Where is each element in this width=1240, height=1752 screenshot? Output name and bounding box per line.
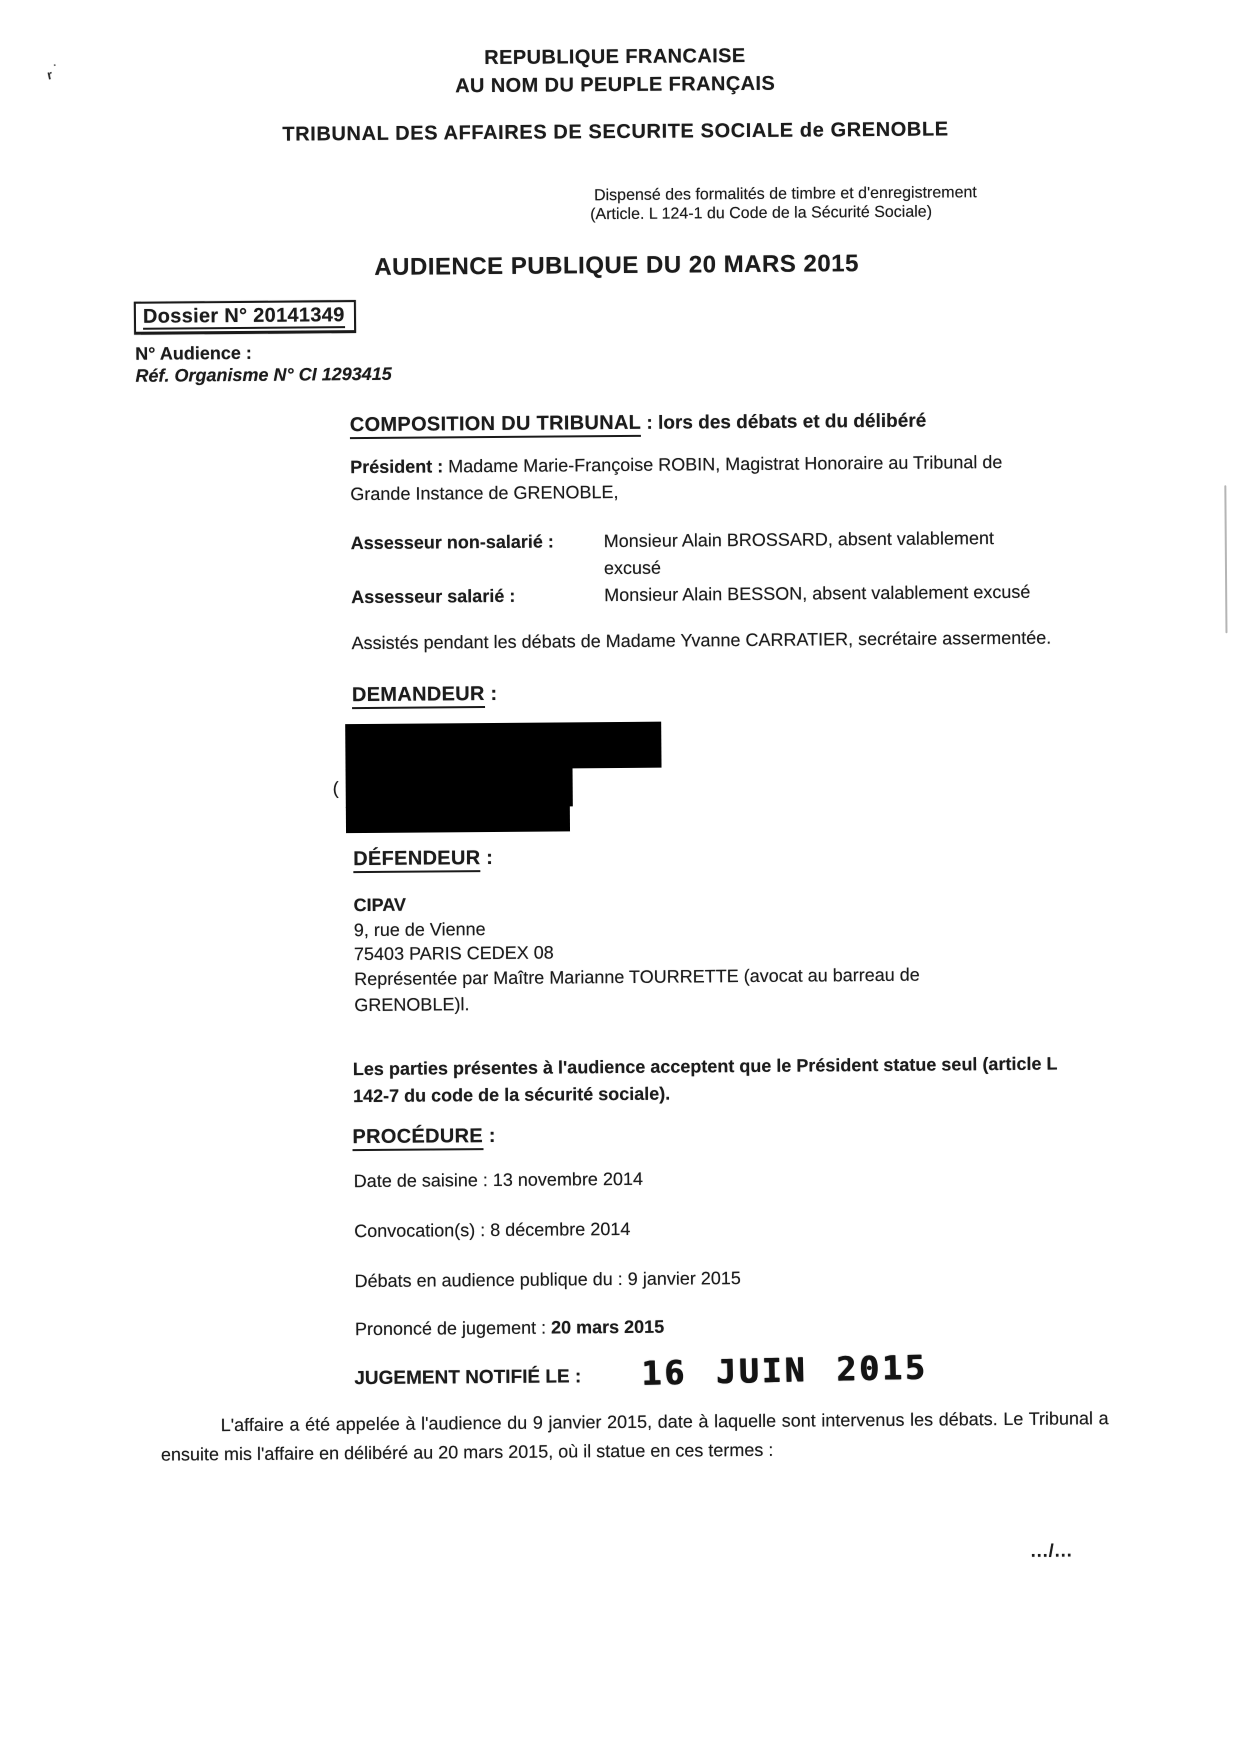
- judgment-notified-label: JUGEMENT NOTIFIÉ LE :: [354, 1366, 581, 1390]
- debats-label: Débats en audience publique du :: [354, 1269, 627, 1291]
- hearing-title: AUDIENCE PUBLIQUE DU 20 MARS 2015: [0, 247, 1237, 285]
- defendeur-address-2: 75403 PARIS CEDEX 08: [354, 941, 554, 967]
- dossier-number-box: Dossier N° 20141349: [134, 300, 356, 335]
- redaction-box-1: [345, 722, 661, 770]
- page-continuation-mark: .../...: [1031, 1540, 1073, 1561]
- procedure-item-saisine: Date de saisine : 13 novembre 2014: [354, 1166, 643, 1195]
- document-page: r REPUBLIQUE FRANCAISE AU NOM DU PEUPLE …: [0, 0, 1240, 1752]
- procedure-item-convocation: Convocation(s) : 8 décembre 2014: [354, 1216, 630, 1245]
- saisine-value: 13 novembre 2014: [493, 1169, 643, 1190]
- procedure-item-prononce: Prononcé de jugement : 20 mars 2015: [355, 1314, 664, 1343]
- organisme-reference: Réf. Organisme N° CI 1293415: [135, 364, 391, 387]
- audience-number-label: N° Audience :: [135, 343, 252, 365]
- republic-line-2: AU NOM DU PEUPLE FRANÇAIS: [0, 69, 1235, 102]
- procedure-heading-row: PROCÉDURE :: [352, 1125, 496, 1149]
- procedure-colon: :: [483, 1125, 496, 1147]
- closing-paragraph: L'affaire a été appelée à l'audience du …: [161, 1404, 1109, 1469]
- president-line: Président : Madame Marie-Françoise ROBIN…: [350, 449, 1062, 509]
- defendeur-representation: Représentée par Maître Marianne TOURRETT…: [354, 961, 946, 1018]
- redaction-box-3: [346, 805, 570, 833]
- republic-line-1: REPUBLIQUE FRANCAISE: [0, 41, 1235, 74]
- president-label: Président :: [350, 456, 448, 477]
- demandeur-heading: DEMANDEUR: [352, 683, 485, 709]
- composition-heading-row: COMPOSITION DU TRIBUNAL : lors des débat…: [350, 408, 927, 440]
- composition-heading-suffix: : lors des débats et du délibéré: [641, 411, 926, 434]
- president-sole-statement: Les parties présentes à l'audience accep…: [353, 1050, 1089, 1110]
- notification-date-stamp: 16 JUIN 2015: [641, 1348, 928, 1393]
- defendeur-colon: :: [480, 847, 493, 869]
- defendeur-heading-row: DÉFENDEUR :: [353, 847, 493, 871]
- defendeur-address-1: 9, rue de Vienne: [354, 917, 486, 942]
- debats-value: 9 janvier 2015: [628, 1268, 741, 1289]
- composition-heading: COMPOSITION DU TRIBUNAL: [350, 412, 642, 439]
- redaction-stray-mark: (: [333, 778, 339, 799]
- procedure-heading: PROCÉDURE: [352, 1125, 483, 1151]
- assessor-1-label: Assesseur non-salarié :: [351, 529, 554, 558]
- assessor-1-value: Monsieur Alain BROSSARD, absent valablem…: [604, 525, 1019, 582]
- demandeur-colon: :: [485, 683, 498, 705]
- saisine-label: Date de saisine :: [354, 1170, 493, 1191]
- assessor-2-label: Assesseur salarié :: [351, 583, 515, 611]
- redaction-box-2: [346, 767, 573, 808]
- demandeur-heading-row: DEMANDEUR :: [352, 683, 498, 707]
- prononce-label: Prononcé de jugement :: [355, 1318, 551, 1340]
- convocation-value: 8 décembre 2014: [490, 1219, 630, 1240]
- stamp-exemption-line-2: (Article. L 124-1 du Code de la Sécurité…: [590, 203, 932, 225]
- convocation-label: Convocation(s) :: [354, 1220, 490, 1241]
- prononce-value: 20 mars 2015: [551, 1317, 664, 1338]
- assessor-2-value: Monsieur Alain BESSON, absent valablemen…: [604, 579, 1030, 609]
- defendeur-name: CIPAV: [353, 892, 406, 919]
- president-value: Madame Marie-Françoise ROBIN, Magistrat …: [350, 452, 1002, 504]
- scan-edge-line: [1224, 485, 1227, 633]
- defendeur-heading: DÉFENDEUR: [353, 847, 480, 873]
- clerk-line: Assistés pendant les débats de Madame Yv…: [351, 625, 1051, 657]
- tribunal-name: TRIBUNAL DES AFFAIRES DE SECURITE SOCIAL…: [0, 116, 1236, 149]
- procedure-item-debats: Débats en audience publique du : 9 janvi…: [354, 1265, 741, 1295]
- dossier-number: Dossier N° 20141349: [143, 304, 345, 330]
